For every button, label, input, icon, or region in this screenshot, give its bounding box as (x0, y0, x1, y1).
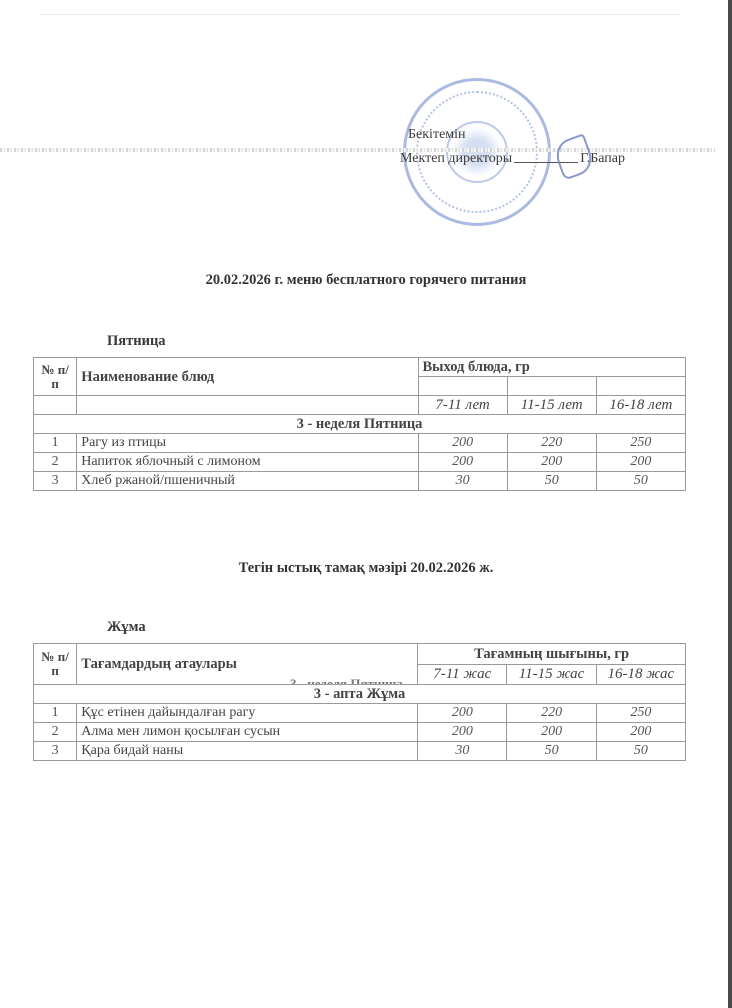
yield-11-15: 50 (507, 742, 596, 761)
kz-menu-title: Тегін ыстық тамақ мәзірі 20.02.2026 ж. (0, 560, 732, 577)
ru-menu-table: № п/п Наименование блюд Выход блюда, гр … (33, 357, 686, 491)
empty-cell (418, 377, 507, 396)
dish-name: Алма мен лимон қосылған сусын (77, 723, 418, 742)
yield-7-11: 30 (418, 742, 507, 761)
table-row: 1 Құс етінен дайындалған рагу 200 220 25… (34, 704, 686, 723)
row-no: 2 (34, 723, 77, 742)
dish-name: Құс етінен дайындалған рагу (77, 704, 418, 723)
header-age-16-18: 16-18 жас (596, 664, 685, 685)
yield-7-11: 200 (418, 723, 507, 742)
row-no: 2 (34, 453, 77, 472)
header-yield: Тағамның шығыны, гр (418, 644, 686, 665)
yield-7-11: 200 (418, 704, 507, 723)
yield-11-15: 200 (507, 723, 596, 742)
dish-name: Рагу из птицы (77, 434, 418, 453)
header-age-11-15: 11-15 жас (507, 664, 596, 685)
dish-name: Напиток яблочный с лимоном (77, 453, 418, 472)
header-yield: Выход блюда, гр (418, 358, 685, 377)
yield-11-15: 200 (507, 453, 596, 472)
overlapped-ghost-text: 3 - неделя Пятница (290, 676, 403, 684)
table-row: 2 Алма мен лимон қосылған сусын 200 200 … (34, 723, 686, 742)
yield-7-11: 200 (418, 434, 507, 453)
header-age-7-11: 7-11 жас (418, 664, 507, 685)
yield-16-18: 250 (596, 704, 685, 723)
yield-16-18: 50 (596, 742, 685, 761)
week-label: 3 - неделя Пятница (34, 415, 686, 434)
table-row: 3 Хлеб ржаной/пшеничный 30 50 50 (34, 472, 686, 491)
yield-16-18: 250 (596, 434, 685, 453)
row-no: 3 (34, 742, 77, 761)
yield-11-15: 50 (507, 472, 596, 491)
empty-cell (507, 377, 596, 396)
dish-name: Қара бидай наны (77, 742, 418, 761)
header-age-7-11: 7-11 лет (418, 396, 507, 415)
kz-day-label: Жұма (107, 619, 146, 636)
yield-11-15: 220 (507, 434, 596, 453)
header-no: № п/п (34, 358, 77, 396)
scan-edge (728, 0, 732, 1008)
row-no: 1 (34, 704, 77, 723)
table-row: 1 Рагу из птицы 200 220 250 (34, 434, 686, 453)
ru-day-label: Пятница (107, 333, 166, 350)
yield-7-11: 30 (418, 472, 507, 491)
approval-label: Бекітемін (408, 127, 466, 143)
empty-cell (77, 396, 418, 415)
yield-16-18: 200 (596, 453, 685, 472)
empty-cell (596, 377, 685, 396)
kz-menu-table: № п/п Тағамдардың атаулары Тағамның шығы… (33, 643, 686, 761)
week-label: 3 - апта Жұма (34, 685, 686, 704)
table-row: 3 Қара бидай наны 30 50 50 (34, 742, 686, 761)
ru-menu-title: 20.02.2026 г. меню бесплатного горячего … (0, 272, 732, 289)
director-label: Мектеп директоры (400, 151, 512, 166)
header-dish-name: Наименование блюд (77, 358, 418, 396)
row-no: 3 (34, 472, 77, 491)
yield-16-18: 50 (596, 472, 685, 491)
yield-16-18: 200 (596, 723, 685, 742)
yield-7-11: 200 (418, 453, 507, 472)
table-row: 2 Напиток яблочный с лимоном 200 200 200 (34, 453, 686, 472)
dish-name: Хлеб ржаной/пшеничный (77, 472, 418, 491)
empty-cell (34, 396, 77, 415)
scan-artifact-line (40, 14, 680, 15)
signature-icon (552, 133, 597, 180)
yield-11-15: 220 (507, 704, 596, 723)
header-no: № п/п (34, 644, 77, 685)
header-age-16-18: 16-18 лет (596, 396, 685, 415)
row-no: 1 (34, 434, 77, 453)
header-age-11-15: 11-15 лет (507, 396, 596, 415)
